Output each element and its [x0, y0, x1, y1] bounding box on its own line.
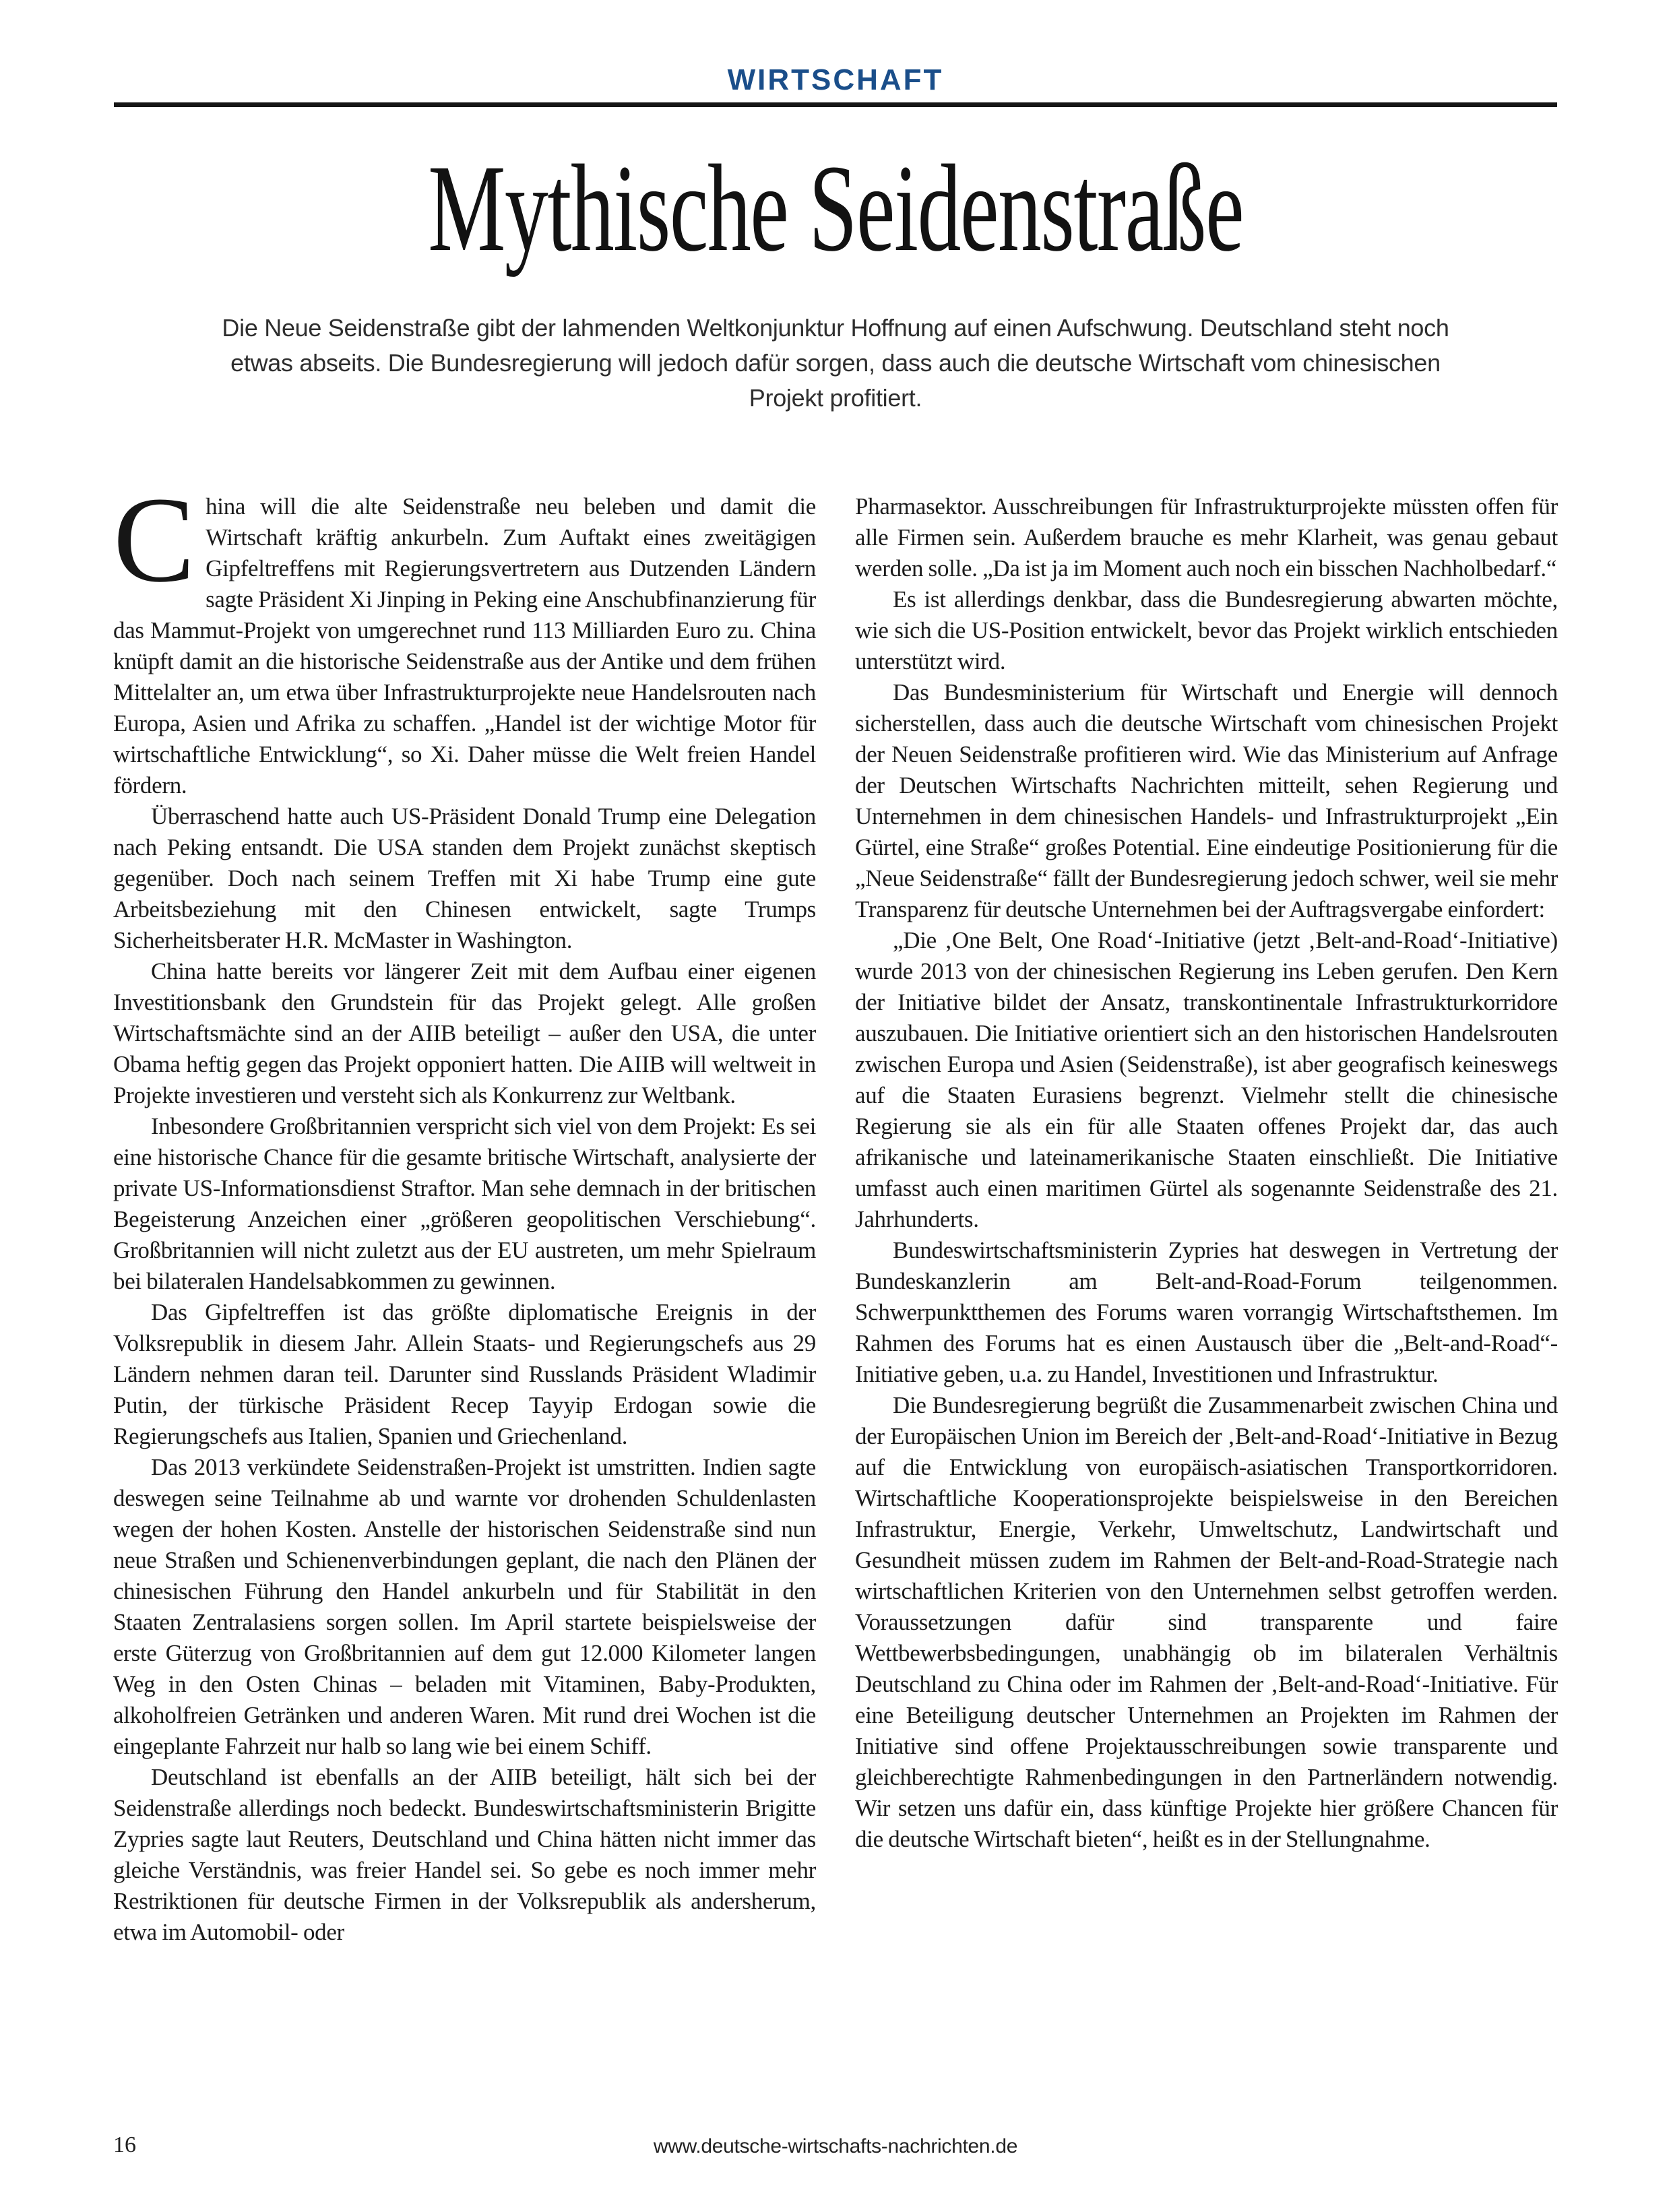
- headline-wrap: Mythische Seidenstraße: [0, 138, 1671, 281]
- paragraph: „Die ‚One Belt, One Road‘-Initiative (je…: [855, 925, 1558, 1235]
- paragraph: Deutschland ist ebenfalls an der AIIB be…: [113, 1762, 816, 1948]
- drop-cap: C: [113, 491, 206, 587]
- page-title: Mythische Seidenstraße: [428, 138, 1243, 280]
- paragraph-continuation: Pharmasektor. Ausschreibungen für Infras…: [855, 491, 1558, 584]
- article-lede: Die Neue Seidenstraße gibt der lahmenden…: [195, 311, 1476, 416]
- paragraph-dropcap: China will die alte Seidenstraße neu bel…: [113, 491, 816, 801]
- paragraph: Das Bundesministerium für Wirtschaft und…: [855, 677, 1558, 925]
- header-rule: [114, 102, 1557, 107]
- right-column: Pharmasektor. Ausschreibungen für Infras…: [855, 491, 1558, 1948]
- page-footer: 16 www.deutsche-wirtschafts-nachrichten.…: [113, 2132, 1558, 2165]
- page-header: WIRTSCHAFT: [0, 0, 1671, 107]
- website-url: www.deutsche-wirtschafts-nachrichten.de: [654, 2135, 1017, 2158]
- paragraph: Das 2013 verkündete Seidenstraßen-Projek…: [113, 1452, 816, 1762]
- paragraph: Inbesondere Großbritannien verspricht si…: [113, 1111, 816, 1297]
- paragraph: Die Bundesregierung begrüßt die Zusammen…: [855, 1390, 1558, 1855]
- paragraph: Überraschend hatte auch US-Präsident Don…: [113, 801, 816, 956]
- page-number: 16: [113, 2132, 136, 2158]
- paragraph: Das Gipfeltreffen ist das größte diploma…: [113, 1297, 816, 1452]
- paragraph: Es ist allerdings denkbar, dass die Bund…: [855, 584, 1558, 677]
- left-column: China will die alte Seidenstraße neu bel…: [113, 491, 816, 1948]
- article-page: WIRTSCHAFT Mythische Seidenstraße Die Ne…: [0, 0, 1671, 2212]
- paragraph-text: hina will die alte Seidenstraße neu bele…: [113, 493, 816, 798]
- section-label: WIRTSCHAFT: [0, 65, 1671, 96]
- article-body: China will die alte Seidenstraße neu bel…: [0, 491, 1671, 1948]
- paragraph: China hatte bereits vor längerer Zeit mi…: [113, 956, 816, 1111]
- paragraph: Bundeswirtschaftsministerin Zypries hat …: [855, 1235, 1558, 1390]
